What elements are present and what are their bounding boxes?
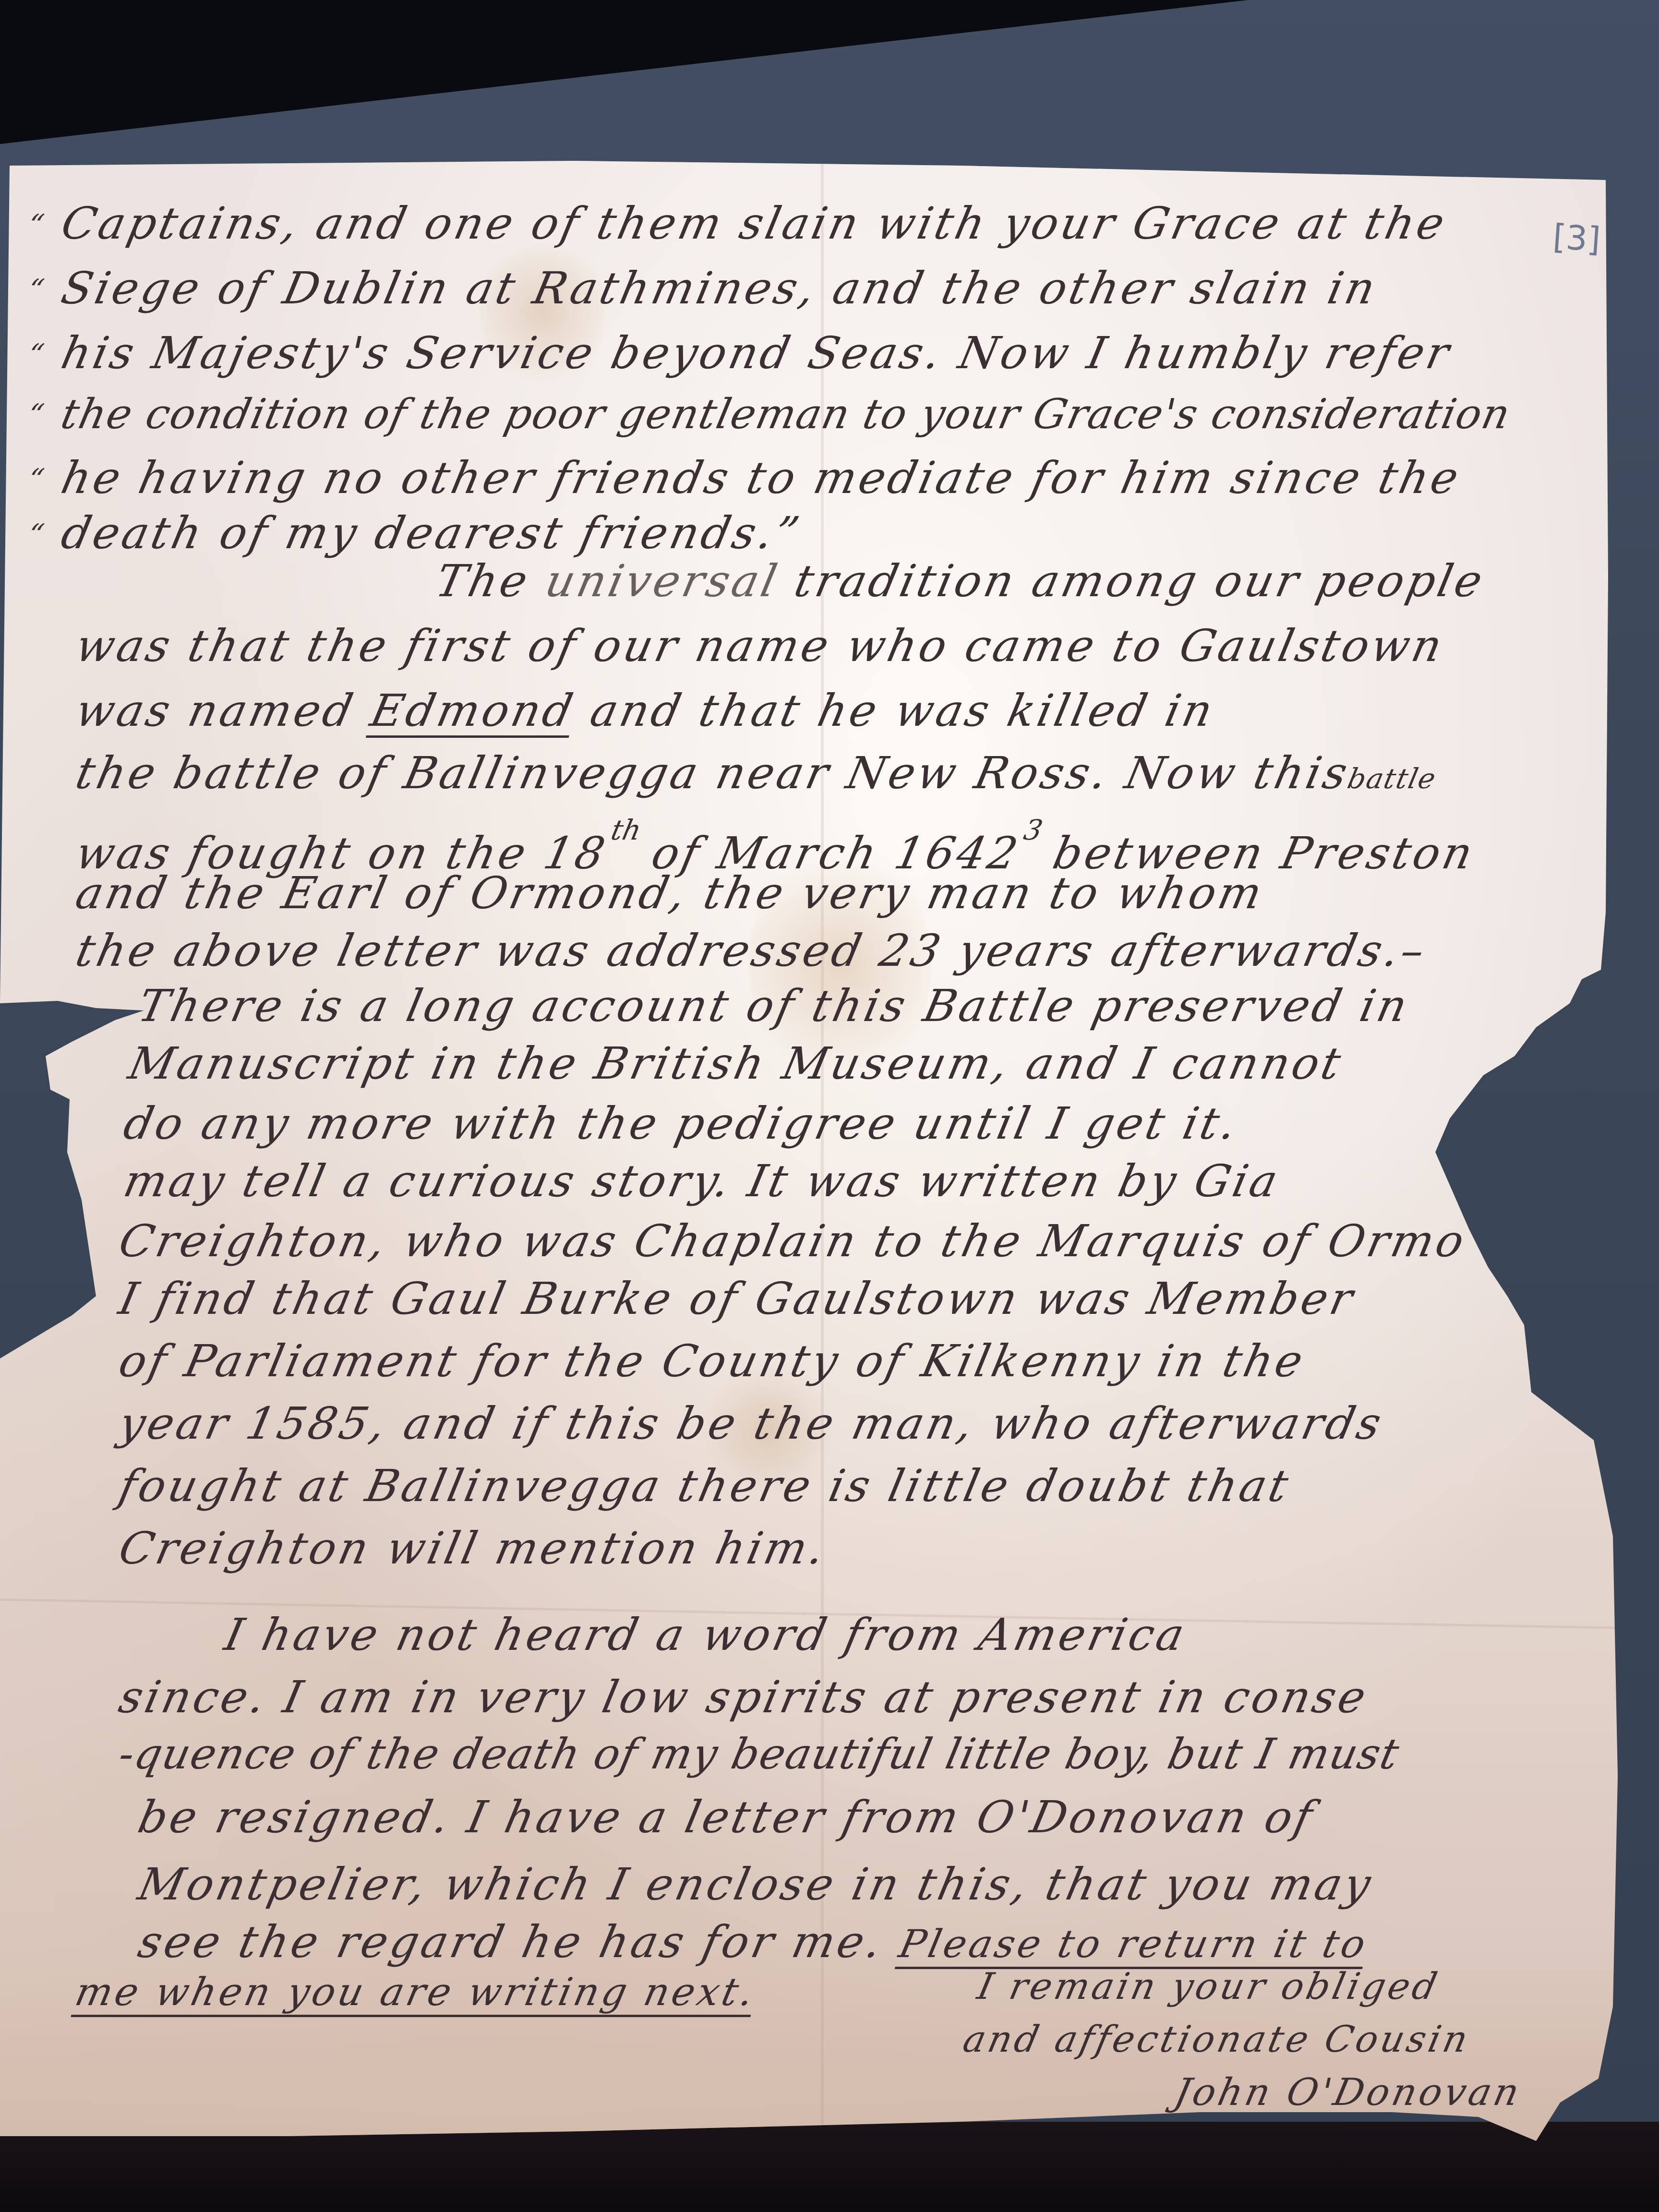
paragraph-line: Manuscript in the British Museum, and I … (125, 1042, 1347, 1086)
quote-line: “Captains, and one of them slain with yo… (24, 202, 1451, 246)
quote-line: “his Majesty's Service beyond Seas. Now … (24, 331, 1455, 375)
paragraph-line: was that the first of our name who came … (72, 624, 1448, 668)
paragraph-line: fought at Ballinvegga there is little do… (115, 1464, 1295, 1508)
quote-line: “Siege of Dublin at Rathmines, and the o… (24, 266, 1382, 311)
return-request-continued: me when you are writing next. (72, 1973, 760, 2011)
quote-line: “death of my dearest friends.” (24, 511, 805, 555)
paragraph-line: was fought on the 18th of March 16423 be… (72, 816, 1482, 876)
return-request: Please to return it to (895, 1922, 1372, 1966)
paragraph-line: and the Earl of Ormond, the very man to … (72, 871, 1268, 915)
paragraph-line: the above letter was addressed 23 years … (72, 929, 1431, 973)
paragraph-line: see the regard he has for me. Please to … (134, 1920, 1372, 1964)
paragraph-line: Montpelier, which I enclose in this, tha… (134, 1863, 1377, 1907)
paragraph-line: do any more with the pedigree until I ge… (120, 1102, 1243, 1146)
paragraph-line: Creighton will mention him. (115, 1527, 831, 1571)
quote-line: “he having no other friends to mediate f… (24, 456, 1465, 500)
underlined-name: Edmond (366, 685, 580, 736)
paragraph-line: I have not heard a word from America (221, 1613, 1191, 1657)
paragraph-line: The universal tradition among our people (432, 559, 1489, 603)
page-number-note: [3] (1551, 217, 1602, 260)
quote-line: “the condition of the poor gentleman to … (24, 394, 1515, 435)
valediction-line: I remain your obliged (974, 1968, 1443, 2005)
paragraph-line: the battle of Ballinvegga near New Ross.… (72, 751, 1442, 795)
struck-word: universal (541, 555, 784, 607)
signature: John O'Donovan (1171, 2074, 1525, 2111)
paragraph-line: I find that Gaul Burke of Gaulstown was … (115, 1277, 1359, 1321)
paragraph-line: year 1585, and if this be the man, who a… (115, 1402, 1388, 1446)
paragraph-line: be resigned. I have a letter from O'Dono… (134, 1795, 1319, 1839)
letter-text: [3] “Captains, and one of them slain wit… (0, 0, 1659, 2212)
paragraph-line: There is a long account of this Battle p… (134, 984, 1414, 1028)
paragraph-line: since. I am in very low spirits at prese… (115, 1675, 1372, 1719)
paragraph-line: -quence of the death of my beautiful lit… (115, 1733, 1403, 1775)
paragraph-line: of Parliament for the County of Kilkenny… (115, 1339, 1310, 1383)
margin-insert: battle (1345, 762, 1440, 795)
valediction-line: and affectionate Cousin (960, 2021, 1474, 2057)
paragraph-line: was named Edmond and that he was killed … (72, 689, 1219, 733)
paragraph-line: Creighton, who was Chaplain to the Marqu… (115, 1219, 1471, 1263)
paragraph-line: may tell a curious story. It was written… (120, 1159, 1284, 1203)
